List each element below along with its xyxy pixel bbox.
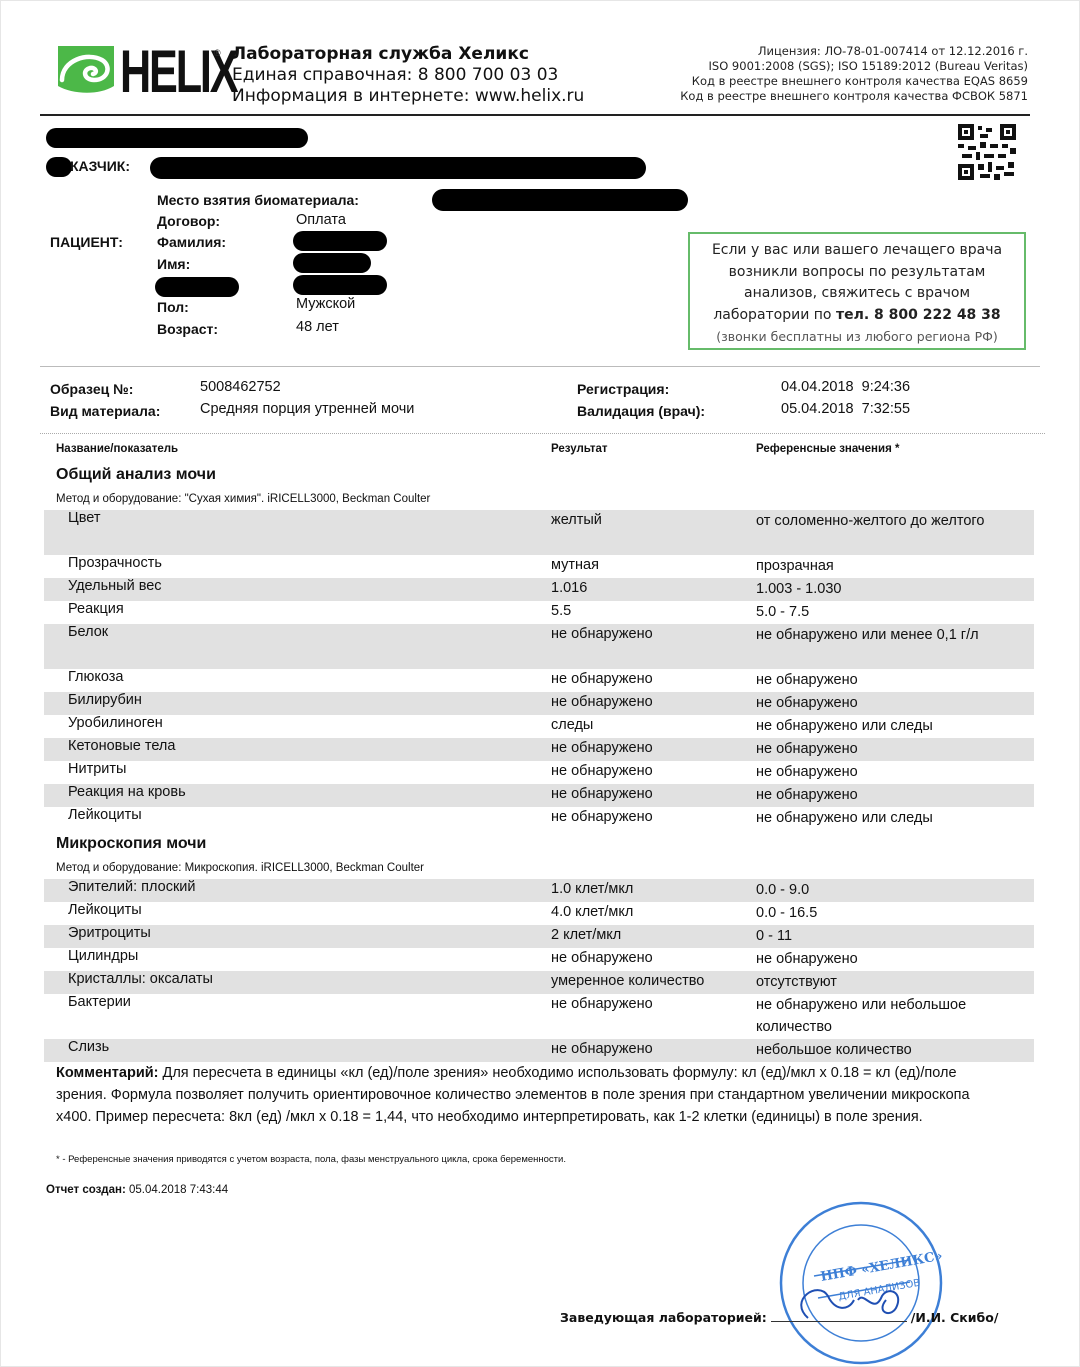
row-name: Цилиндры <box>68 948 138 964</box>
row-reference: не обнаружено <box>756 692 1006 714</box>
row-name: Слизь <box>68 1039 109 1055</box>
hotline: Единая справочная: 8 800 700 03 03 <box>232 65 584 86</box>
row-name: Бактерии <box>68 994 131 1010</box>
lab-name: Лабораторная служба Хеликс <box>232 44 584 65</box>
table-row: Бактериине обнаруженоне обнаружено или н… <box>44 994 1034 1039</box>
sample-number-label: Образец №: <box>50 381 133 397</box>
sample-number: 5008462752 <box>200 379 281 395</box>
website: Информация в интернете: www.helix.ru <box>232 86 584 107</box>
row-result: не обнаружено <box>551 740 653 756</box>
row-name: Билирубин <box>68 692 142 708</box>
redacted-collection-place <box>432 189 688 211</box>
row-reference: 0.0 - 9.0 <box>756 879 1006 901</box>
table-row: Глюкозане обнаруженоне обнаружено <box>44 669 1034 692</box>
validation-date: 05.04.2018 7:32:55 <box>781 401 910 417</box>
row-result: 2 клет/мкл <box>551 927 621 943</box>
comment: Комментарий: Для пересчета в единицы «кл… <box>56 1062 976 1128</box>
table-row: Кристаллы: оксалатыумеренное количествоо… <box>44 971 1034 994</box>
section-title-urinalysis: Общий анализ мочи <box>56 466 216 484</box>
row-name: Реакция на кровь <box>68 784 186 800</box>
report-created: Отчет создан: 05.04.2018 7:43:44 <box>46 1184 228 1196</box>
sex-label: Пол: <box>157 299 189 315</box>
row-reference: не обнаружено или небольшое количество <box>756 994 1006 1038</box>
lab-stamp: НПФ «ХЕЛИКС» ДЛЯ АНАЛИЗОВ <box>778 1200 944 1366</box>
row-result: 4.0 клет/мкл <box>551 904 633 920</box>
redacted-label <box>155 277 239 297</box>
age-label: Возраст: <box>157 321 218 337</box>
header-divider <box>40 114 1030 116</box>
collection-place-label: Место взятия биоматериала: <box>157 192 359 208</box>
row-reference: 0 - 11 <box>756 925 1006 947</box>
row-reference: от соломенно-желтого до желтого <box>756 510 1006 532</box>
row-result: не обнаружено <box>551 763 653 779</box>
method-urinalysis: Метод и оборудование: "Сухая химия". iRI… <box>56 493 430 505</box>
row-result: желтый <box>551 512 602 528</box>
row-result: не обнаружено <box>551 671 653 687</box>
name-label: Имя: <box>157 256 190 272</box>
method-microscopy: Метод и оборудование: Микроскопия. iRICE… <box>56 862 424 874</box>
table-row: Цветжелтыйот соломенно-желтого до желтог… <box>44 510 1034 555</box>
material-value: Средняя порция утренней мочи <box>200 401 414 417</box>
row-name: Реакция <box>68 601 124 617</box>
row-reference: отсутствуют <box>756 971 1006 993</box>
contact-info-box: Если у вас или вашего лечащего врача воз… <box>688 232 1026 350</box>
registration-label: Регистрация: <box>577 381 669 397</box>
table-row: Реакция на кровьне обнаруженоне обнаруже… <box>44 784 1034 807</box>
table-row: Билирубинне обнаруженоне обнаружено <box>44 692 1034 715</box>
row-result: 5.5 <box>551 603 571 619</box>
signature-label: Заведующая лабораторией: <box>560 1310 767 1325</box>
table-row: Эпителий: плоский1.0 клет/мкл0.0 - 9.0 <box>44 879 1034 902</box>
registration-date: 04.04.2018 9:24:36 <box>781 379 910 395</box>
row-reference: не обнаружено или следы <box>756 807 1006 829</box>
column-header-name: Название/показатель <box>56 443 178 455</box>
row-result: мутная <box>551 557 599 573</box>
row-reference: не обнаружено <box>756 669 1006 691</box>
signatory-name: /И.И. Скибо/ <box>911 1310 999 1325</box>
table-row: Цилиндрыне обнаруженоне обнаружено <box>44 948 1034 971</box>
patient-label: ПАЦИЕНТ: <box>50 234 123 250</box>
row-result: не обнаружено <box>551 694 653 710</box>
redacted-name <box>293 253 371 273</box>
table-row: Реакция5.55.0 - 7.5 <box>44 601 1034 624</box>
row-result: следы <box>551 717 593 733</box>
row-name: Эпителий: плоский <box>68 879 195 895</box>
table-row: Эритроциты2 клет/мкл0 - 11 <box>44 925 1034 948</box>
table-row: Удельный вес1.0161.003 - 1.030 <box>44 578 1034 601</box>
customer-label: КАЗЧИК: <box>70 158 130 174</box>
row-reference: 1.003 - 1.030 <box>756 578 1006 600</box>
row-reference: не обнаружено <box>756 761 1006 783</box>
redacted-text <box>46 128 308 148</box>
redacted-surname <box>293 231 387 251</box>
table-row: Лейкоцитыне обнаруженоне обнаружено или … <box>44 807 1034 830</box>
surname-label: Фамилия: <box>157 234 226 250</box>
table-row: Прозрачностьмутнаяпрозрачная <box>44 555 1034 578</box>
redacted-customer <box>150 157 646 179</box>
contact-phone[interactable]: тел. 8 800 222 48 38 <box>836 307 1001 323</box>
row-reference: 0.0 - 16.5 <box>756 902 1006 924</box>
row-name: Белок <box>68 624 108 640</box>
row-reference: небольшое количество <box>756 1039 1006 1061</box>
row-result: 1.016 <box>551 580 587 596</box>
validation-label: Валидация (врач): <box>577 403 705 419</box>
redacted-text <box>46 157 72 177</box>
row-reference: не обнаружено или следы <box>756 715 1006 737</box>
signature-line <box>771 1321 907 1322</box>
svg-text:НПФ «ХЕЛИКС»: НПФ «ХЕЛИКС» <box>819 1249 943 1285</box>
row-reference: не обнаружено <box>756 948 1006 970</box>
row-result: не обнаружено <box>551 786 653 802</box>
row-reference: не обнаружено <box>756 738 1006 760</box>
table-row: Кетоновые телане обнаруженоне обнаружено <box>44 738 1034 761</box>
sex-value: Мужской <box>296 296 355 312</box>
table-row: Лейкоциты4.0 клет/мкл0.0 - 16.5 <box>44 902 1034 925</box>
row-name: Лейкоциты <box>68 807 142 823</box>
row-name: Глюкоза <box>68 669 124 685</box>
contract-value: Оплата <box>296 212 346 228</box>
divider <box>40 366 1040 367</box>
age-value: 48 лет <box>296 319 339 335</box>
row-result: не обнаружено <box>551 1041 653 1057</box>
table-row: Белокне обнаруженоне обнаружено или мене… <box>44 624 1034 669</box>
table-row: Нитритыне обнаруженоне обнаружено <box>44 761 1034 784</box>
row-result: 1.0 клет/мкл <box>551 881 633 897</box>
row-name: Кристаллы: оксалаты <box>68 971 213 987</box>
footnote: * - Референсные значения приводятся с уч… <box>56 1154 566 1165</box>
table-row: Уробилиногенследыне обнаружено или следы <box>44 715 1034 738</box>
row-result: умеренное количество <box>551 973 704 989</box>
row-name: Лейкоциты <box>68 902 142 918</box>
column-header-result: Результат <box>551 443 607 455</box>
spiral-logo-icon <box>58 46 114 102</box>
row-name: Эритроциты <box>68 925 151 941</box>
row-result: не обнаружено <box>551 950 653 966</box>
row-name: Прозрачность <box>68 555 162 571</box>
dotted-divider <box>40 433 1045 434</box>
helix-logo: HELIX ® <box>58 46 218 102</box>
row-name: Удельный вес <box>68 578 162 594</box>
row-name: Цвет <box>68 510 101 526</box>
row-name: Нитриты <box>68 761 126 777</box>
row-result: не обнаружено <box>551 996 653 1012</box>
row-reference: 5.0 - 7.5 <box>756 601 1006 623</box>
material-label: Вид материала: <box>50 403 160 419</box>
license-info: Лицензия: ЛО-78-01-007414 от 12.12.2016 … <box>680 44 1028 104</box>
row-reference: не обнаружено <box>756 784 1006 806</box>
lab-info: Лабораторная служба Хеликс Единая справо… <box>232 44 584 107</box>
row-reference: прозрачная <box>756 555 1006 577</box>
row-reference: не обнаружено или менее 0,1 г/л <box>756 624 1006 646</box>
row-result: не обнаружено <box>551 626 653 642</box>
section-title-microscopy: Микроскопия мочи <box>56 835 206 853</box>
table-row: Слизьне обнаруженонебольшое количество <box>44 1039 1034 1062</box>
signature-row: Заведующая лабораторией:/И.И. Скибо/ <box>560 1310 998 1325</box>
row-name: Уробилиноген <box>68 715 163 731</box>
column-header-reference: Референсные значения * <box>756 443 899 455</box>
row-name: Кетоновые тела <box>68 738 175 754</box>
row-result: не обнаружено <box>551 809 653 825</box>
redacted-patronymic <box>293 275 387 295</box>
contract-label: Договор: <box>157 213 220 229</box>
qr-code-icon <box>958 124 1016 180</box>
